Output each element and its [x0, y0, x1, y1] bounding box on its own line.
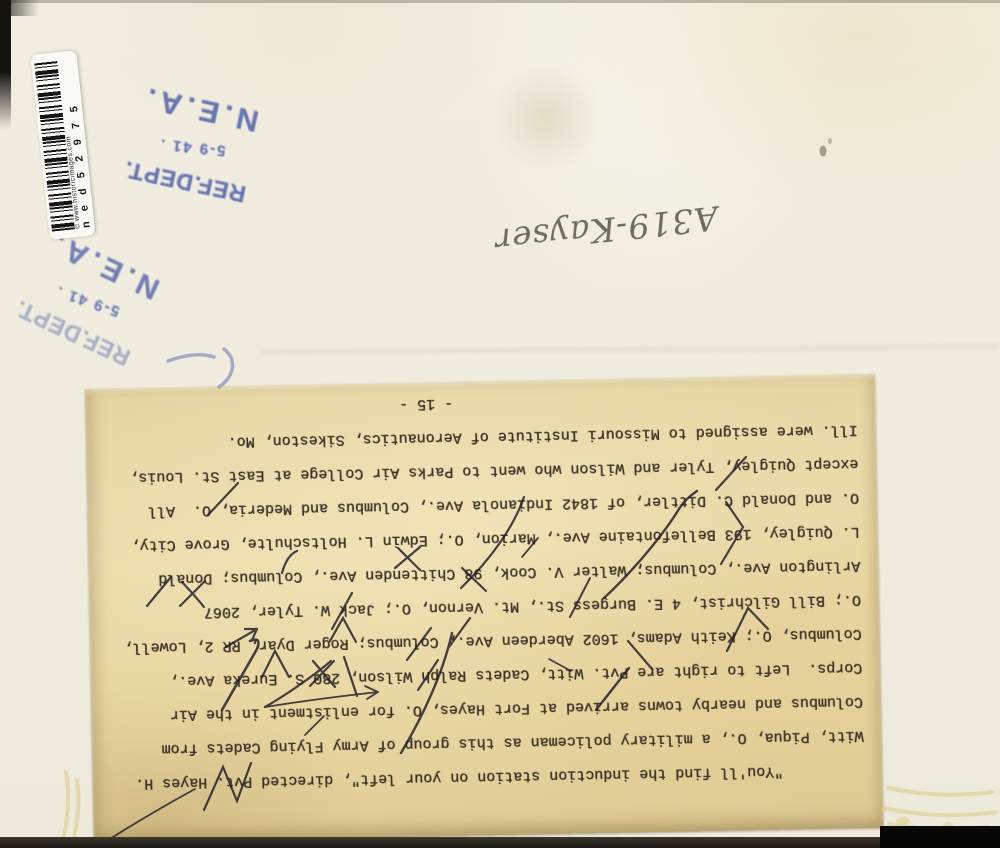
caption-paper: "You'll find the induction station on yo… [85, 374, 884, 843]
blue-ink-smudge [168, 349, 233, 387]
scan-edge-top [0, 0, 1000, 3]
typed-caption: "You'll find the induction station on yo… [105, 378, 865, 800]
photo-back-scan: REF.DEPT. 5-9 41 . N.E.A. REF.DEPT. 5-9 … [0, 0, 1000, 848]
barcode-sticker: © www.historicimages.com ned52975 [30, 50, 95, 240]
scan-corner-bottom-right [880, 826, 1000, 848]
scan-corner-top-left [0, 0, 46, 16]
nea-ref-dept-stamp: REF.DEPT. 5-9 41 . N.E.A. [0, 214, 181, 383]
scan-edge-left [0, 0, 11, 130]
dirt-speck [820, 138, 833, 157]
paper-crease [260, 345, 1000, 353]
bleed-through-stain [492, 66, 602, 170]
nea-ref-dept-stamp: REF.DEPT. 5-9 41 . N.E.A. [108, 72, 279, 217]
pencil-note: A319-Kayser [476, 185, 737, 271]
scan-edge-bottom [0, 837, 1000, 848]
